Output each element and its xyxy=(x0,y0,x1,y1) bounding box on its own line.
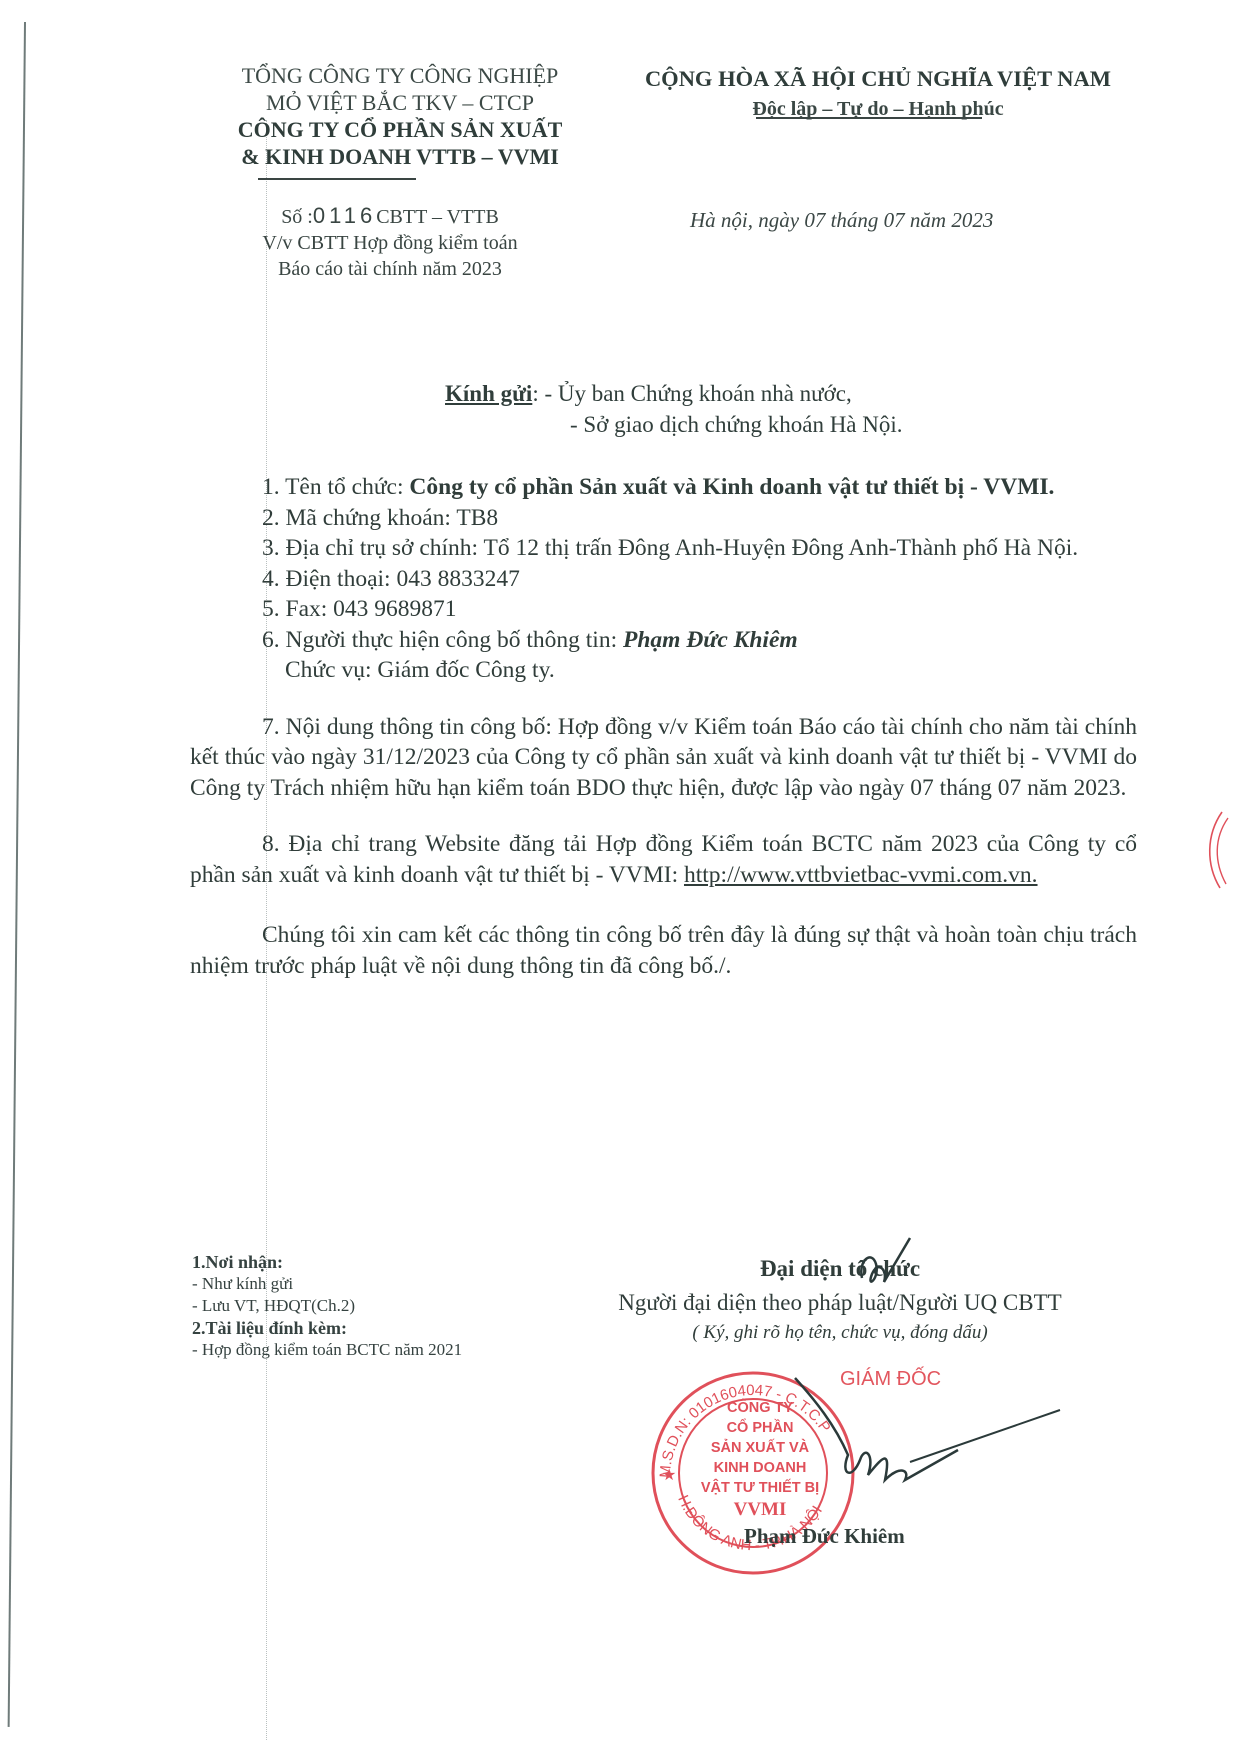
discloser-name: Phạm Đức Khiêm xyxy=(623,627,798,653)
subject-line2: Báo cáo tài chính năm 2023 xyxy=(200,256,580,282)
item-label: 6. Người thực hiện công bố thông tin: xyxy=(262,627,623,653)
item-stock-code: 2. Mã chứng khoán: TB8 xyxy=(190,503,1137,534)
parent-company-line1: TỔNG CÔNG TY CÔNG NGHIỆP xyxy=(200,62,600,89)
attachments-heading: 2.Tài liệu đính kèm: xyxy=(192,1317,532,1339)
attachment-item: - Hợp đồng kiểm toán BCTC năm 2021 xyxy=(192,1339,482,1361)
discloser-position: Chức vụ: Giám đốc Công ty. xyxy=(190,655,1137,686)
national-title: CỘNG HÒA XÃ HỘI CHỦ NGHĨA VIỆT NAM xyxy=(618,64,1138,94)
recipients-heading: 1.Nơi nhận: xyxy=(192,1251,532,1273)
website-link[interactable]: http://www.vttbvietbac-vvmi.com.vn. xyxy=(684,862,1038,888)
company-name-line2: & KINH DOANH VTTB – VVMI xyxy=(200,143,600,170)
reference-prefix: Số : xyxy=(281,206,313,228)
scan-margin-line xyxy=(8,22,26,1727)
signer-name: Phạm Đức Khiêm xyxy=(744,1524,905,1549)
parent-company-line2: MỎ VIỆT BẮC TKV – CTCP xyxy=(200,89,600,116)
distribution-notes: 1.Nơi nhận: - Như kính gửi - Lưu VT, HĐQ… xyxy=(192,1251,532,1361)
item-address: 3. Địa chỉ trụ sở chính: Tổ 12 thị trấn … xyxy=(190,533,1137,564)
item-label: 1. Tên tổ chức: xyxy=(262,474,409,500)
national-header-rule xyxy=(756,117,982,119)
document-reference: Số :0116CBTT – VTTB V/v CBTT Hợp đồng ki… xyxy=(200,203,580,282)
edge-stamp-fragment-icon xyxy=(1196,810,1236,890)
company-name-line1: CÔNG TY CỔ PHẦN SẢN XUẤT xyxy=(200,116,600,143)
subject-line1: V/v CBTT Hợp đồng kiểm toán xyxy=(200,230,580,256)
document-date: Hà nội, ngày 07 tháng 07 năm 2023 xyxy=(690,208,993,233)
commitment-statement: Chúng tôi xin cam kết các thông tin công… xyxy=(190,920,1137,981)
note-recipient: - Lưu VT, HĐQT(Ch.2) xyxy=(192,1295,532,1317)
item-disclosure-content: 7. Nội dung thông tin công bố: Hợp đồng … xyxy=(190,712,1137,804)
item-phone: 4. Điện thoại: 043 8833247 xyxy=(190,564,1137,595)
item-organization: 1. Tên tổ chức: Công ty cổ phần Sản xuất… xyxy=(190,472,1137,503)
item-discloser: 6. Người thực hiện công bố thông tin: Ph… xyxy=(190,625,1137,656)
item-website: 8. Địa chỉ trang Website đăng tải Hợp đồ… xyxy=(190,829,1137,890)
reference-number-line: Số :0116CBTT – VTTB xyxy=(200,203,580,230)
reference-number: 0116 xyxy=(313,203,376,228)
recipients-block: Kính gửi: - Ủy ban Chứng khoán nhà nước,… xyxy=(445,378,903,440)
national-motto: Độc lập – Tự do – Hạnh phúc xyxy=(618,94,1138,124)
national-header: CỘNG HÒA XÃ HỘI CHỦ NGHĨA VIỆT NAM Độc l… xyxy=(618,64,1138,124)
organization-name: Công ty cổ phần Sản xuất và Kinh doanh v… xyxy=(409,474,1054,500)
recipient-item: - Sở giao dịch chứng khoán Hà Nội. xyxy=(445,409,903,440)
reference-suffix: CBTT – VTTB xyxy=(376,206,499,228)
issuer-header-rule xyxy=(258,178,416,180)
note-recipient: - Như kính gửi xyxy=(192,1273,532,1295)
item-fax: 5. Fax: 043 9689871 xyxy=(190,594,1137,625)
handwritten-signature-icon xyxy=(640,1230,1200,1530)
issuer-header: TỔNG CÔNG TY CÔNG NGHIỆP MỎ VIỆT BẮC TKV… xyxy=(200,62,600,170)
recipients-label: Kính gửi xyxy=(445,381,532,406)
recipient-item: - Ủy ban Chứng khoán nhà nước, xyxy=(544,381,851,406)
document-body: 1. Tên tổ chức: Công ty cổ phần Sản xuất… xyxy=(190,472,1137,981)
